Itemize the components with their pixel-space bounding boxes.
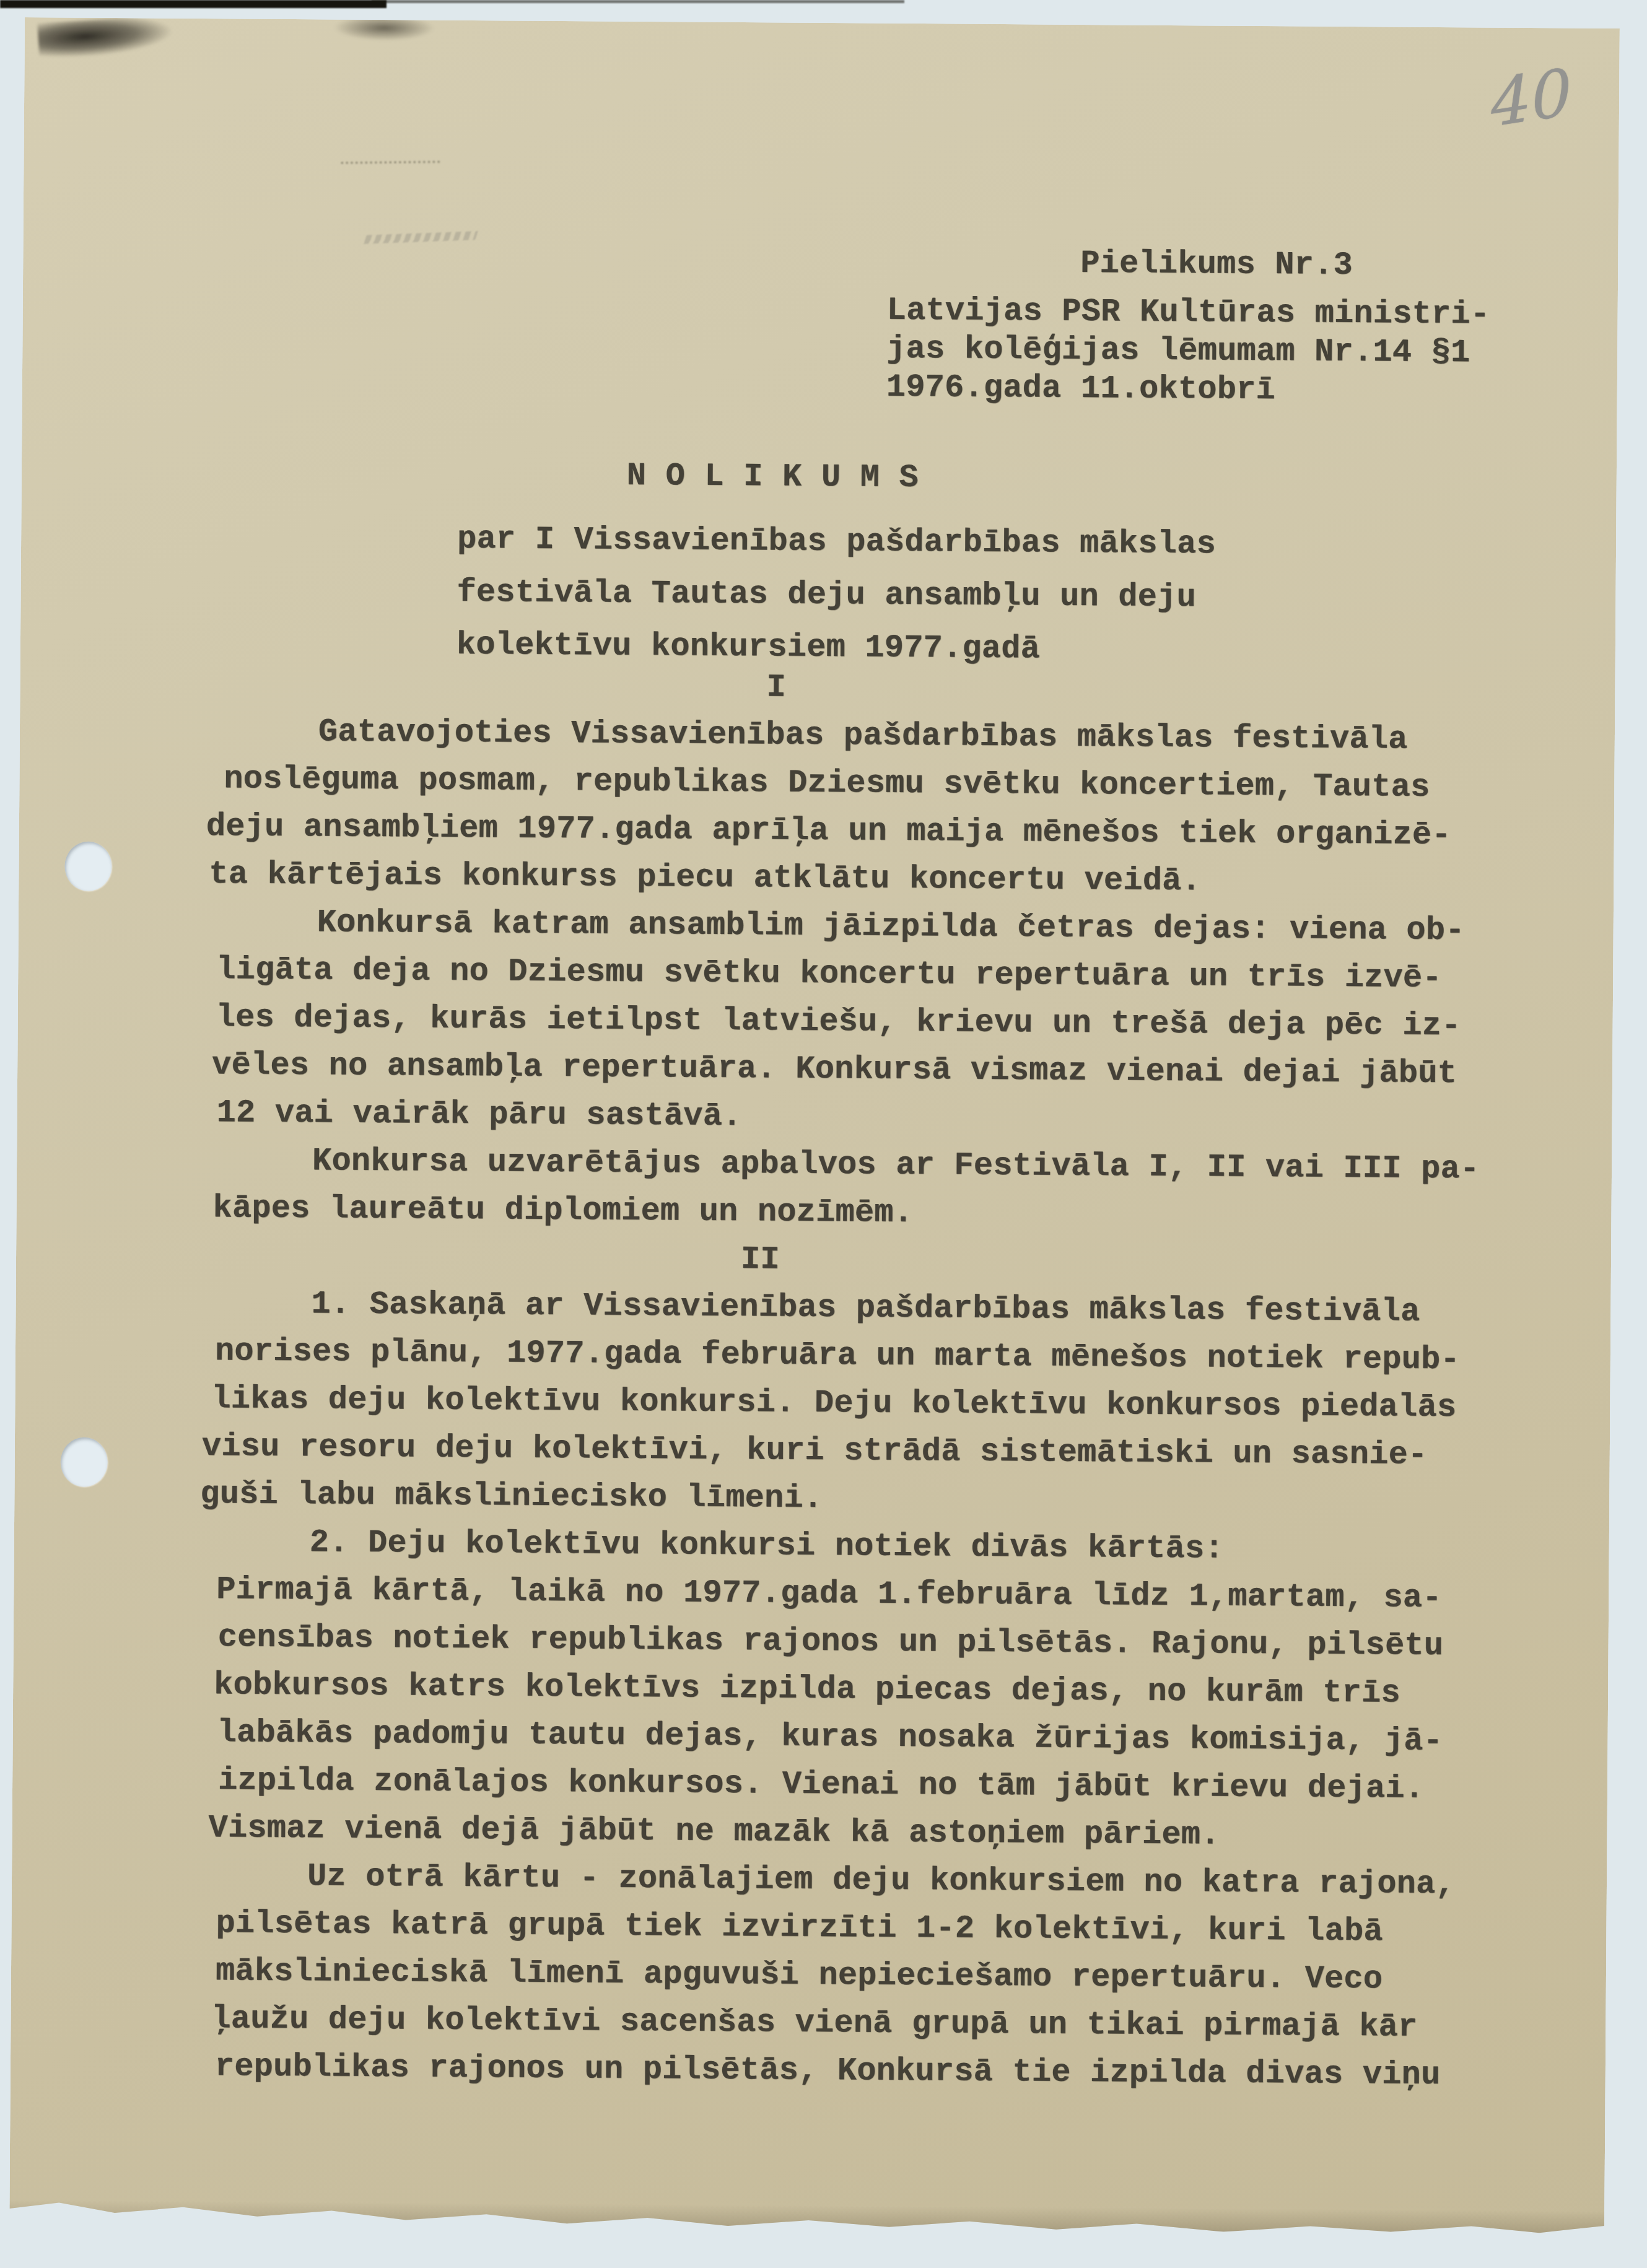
title-line: festivāla Tautas deju ansambļu un deju (457, 577, 1196, 614)
document-line: vēles no ansambļa repertuāra. Konkursā v… (212, 1049, 1457, 1090)
document-title: N O L I K U M S (627, 460, 919, 494)
document-line: mākslinieciskā līmenī apguvuši nepiecieš… (216, 1955, 1383, 1995)
document-line: guši labu māksliniecisko līmeni. (200, 1478, 823, 1515)
document-line: les dejas, kurās ietilpst latviešu, krie… (216, 1001, 1461, 1042)
document-line: norises plānu, 1977.gada februāra un mar… (215, 1335, 1460, 1376)
title-line: kolektīvu konkursiem 1977.gadā (457, 629, 1040, 666)
document-line: 1. Saskaņā ar Vissavienības pašdarbības … (311, 1288, 1420, 1328)
reference-line: jas kolēģijas lēmumam Nr.14 §1 (886, 333, 1470, 370)
ink-streak-artifact (341, 160, 440, 164)
document-line: republikas rajonos un pilsētās, Konkursā… (215, 2051, 1441, 2091)
ink-smudge (333, 14, 435, 41)
document-line: Vismaz vienā dejā jābūt ne mazāk kā asto… (208, 1812, 1220, 1851)
document-line: likas deju kolektīvu konkursi. Deju kole… (211, 1383, 1456, 1424)
document-line: 12 vai vairāk pāru sastāvā. (216, 1097, 741, 1133)
document-line: censības notiek republikas rajonos un pi… (218, 1621, 1444, 1662)
reference-line: Latvijas PSR Kultūras ministri- (887, 295, 1490, 331)
torn-edge-shadow (9, 2200, 1604, 2241)
scanned-document: 40 Pielikums Nr.3 Latvijas PSR Kultūras … (0, 0, 1647, 2268)
section-heading-i: I (766, 671, 786, 704)
punch-hole (64, 841, 112, 891)
reference-line: Pielikums Nr.3 (1080, 248, 1353, 282)
document-line: kāpes laureātu diplomiem un nozīmēm. (212, 1192, 913, 1229)
page-number-annotation: 40 (1489, 54, 1573, 142)
document-line: Gatavojoties Vissavienības pašdarbības m… (318, 716, 1408, 756)
scan-edge-artifact (0, 0, 387, 8)
document-line: Konkursa uzvarētājus apbalvos ar Festivā… (312, 1145, 1480, 1185)
document-line: 2. Deju kolektīvu konkursi notiek divās … (310, 1527, 1224, 1565)
punch-hole (60, 1437, 108, 1487)
document-line: ta kārtējais konkurss piecu atklātu konc… (209, 858, 1201, 897)
document-line: kobkursos katrs kolektīvs izpilda piecas… (214, 1669, 1400, 1709)
document-line: izpilda zonālajos konkursos. Vienai no t… (218, 1764, 1424, 1805)
document-line: labākās padomju tautu dejas, kuras nosak… (217, 1717, 1443, 1758)
document-line: noslēguma posmam, republikas Dziesmu svē… (224, 763, 1430, 804)
document-page: 40 Pielikums Nr.3 Latvijas PSR Kultūras … (9, 17, 1620, 2241)
document-line: Pirmajā kārtā, laikā no 1977.gada 1.febr… (216, 1574, 1442, 1615)
reference-line: 1976.gada 11.oktobrī (886, 372, 1275, 406)
section-heading-ii: II (741, 1244, 780, 1276)
scan-edge-artifact-thin (372, 0, 904, 3)
ink-smudge (37, 15, 172, 59)
document-line: ligāta deja no Dziesmu svētku koncertu r… (216, 954, 1442, 995)
document-line: ļaužu deju kolektīvi sacenšas vienā grup… (211, 2003, 1417, 2044)
title-line: par I Vissavienības pašdarbības mākslas (457, 523, 1216, 561)
document-line: Konkursā katram ansamblim jāizpilda četr… (317, 907, 1465, 947)
pencil-scribble-artifact (364, 231, 478, 244)
document-line: pilsētas katrā grupā tiek izvirzīti 1-2 … (216, 1908, 1383, 1948)
document-line: Uz otrā kārtu - zonālajiem deju konkursi… (307, 1860, 1455, 1901)
document-line: deju ansambļiem 1977.gada aprīļa un maij… (206, 811, 1451, 852)
document-line: visu resoru deju kolektīvi, kuri strādā … (202, 1431, 1428, 1472)
